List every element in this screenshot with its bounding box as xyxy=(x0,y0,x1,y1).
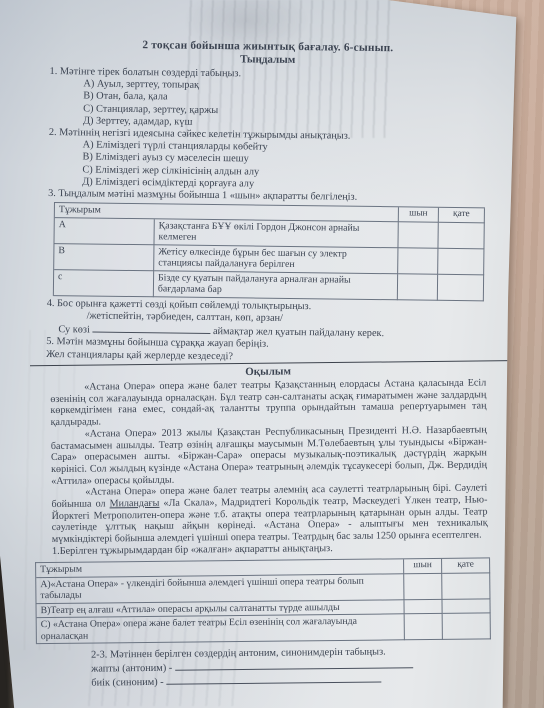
listening-statements-table: Тұжырым шын қате А Қазақстанға БҰҰ өкілі… xyxy=(53,202,485,301)
true-cell xyxy=(404,599,442,614)
true-cell xyxy=(404,573,442,599)
false-cell xyxy=(438,274,484,301)
row-statement: Қазақстанға БҰҰ өкілі Гордон Джонсон арн… xyxy=(154,219,398,248)
q4-sentence-start: Су көзі xyxy=(58,324,90,335)
table-header-true: шын xyxy=(404,559,442,574)
reading-paragraph-1: «Астана Опера» опера және балет театры Қ… xyxy=(50,377,486,428)
false-cell xyxy=(442,599,490,614)
q4-sentence-end: аймақтар жел қуатын пайдалану керек. xyxy=(213,326,384,339)
reading-paragraph-2: «Астана Опера» 2013 жылы Қазақстан Респу… xyxy=(51,424,488,487)
false-cell xyxy=(443,613,491,640)
false-cell xyxy=(438,248,484,275)
true-cell xyxy=(398,222,438,248)
paper-sheet-wrap: 2 тоқсан бойынша жиынтық бағалау. 6-сыны… xyxy=(0,0,544,708)
listening-section: 2 тоқсан бойынша жиынтық бағалау. 6-сыны… xyxy=(46,38,486,366)
false-cell xyxy=(442,573,490,600)
row-statement: Бізде су қуатын пайдалануға арналған арн… xyxy=(154,271,398,300)
answer-blank xyxy=(175,658,413,670)
table-header-false: қате xyxy=(442,558,490,573)
reading-paragraph-3: «Астана Опера» опера және балет театры ә… xyxy=(51,483,488,546)
synonym-label: биік (синоним) - xyxy=(91,677,163,689)
row-statement: А)«Астана Опера» - үлкендігі бойынша әле… xyxy=(36,574,404,604)
underlined-word: Миландағы xyxy=(110,498,160,510)
answer-blank xyxy=(166,673,381,685)
reading-section: Оқылым «Астана Опера» опера және балет т… xyxy=(50,360,489,690)
false-cell xyxy=(438,222,484,249)
photo-of-test-paper: 2 тоқсан бойынша жиынтық бағалау. 6-сыны… xyxy=(0,0,544,708)
row-letter: с xyxy=(54,270,154,297)
document-content: 2 тоқсан бойынша жиынтық бағалау. 6-сыны… xyxy=(50,38,486,690)
antonym-synonym-task: 2-3. Мәтіннен берілген сөздердің антоним… xyxy=(91,644,489,690)
row-statement: Жетісу өлкесінде бұрын бес шағын су элек… xyxy=(154,245,398,274)
table-header-true: шын xyxy=(399,208,439,223)
answer-blank xyxy=(92,323,210,334)
paper-sheet: 2 тоқсан бойынша жиынтық бағалау. 6-сыны… xyxy=(0,0,544,708)
antonym-label: жапты (антоним) - xyxy=(91,663,172,675)
row-letter: А xyxy=(54,218,154,245)
true-cell xyxy=(398,248,438,274)
row-letter: В xyxy=(54,244,154,271)
true-cell xyxy=(398,274,438,300)
table-header-false: қате xyxy=(439,208,485,223)
row-statement: С) «Астана Опера» опера және балет театр… xyxy=(37,614,405,644)
true-cell xyxy=(405,614,443,640)
reading-statements-table: Тұжырым шын қате А)«Астана Опера» - үлке… xyxy=(35,557,491,644)
